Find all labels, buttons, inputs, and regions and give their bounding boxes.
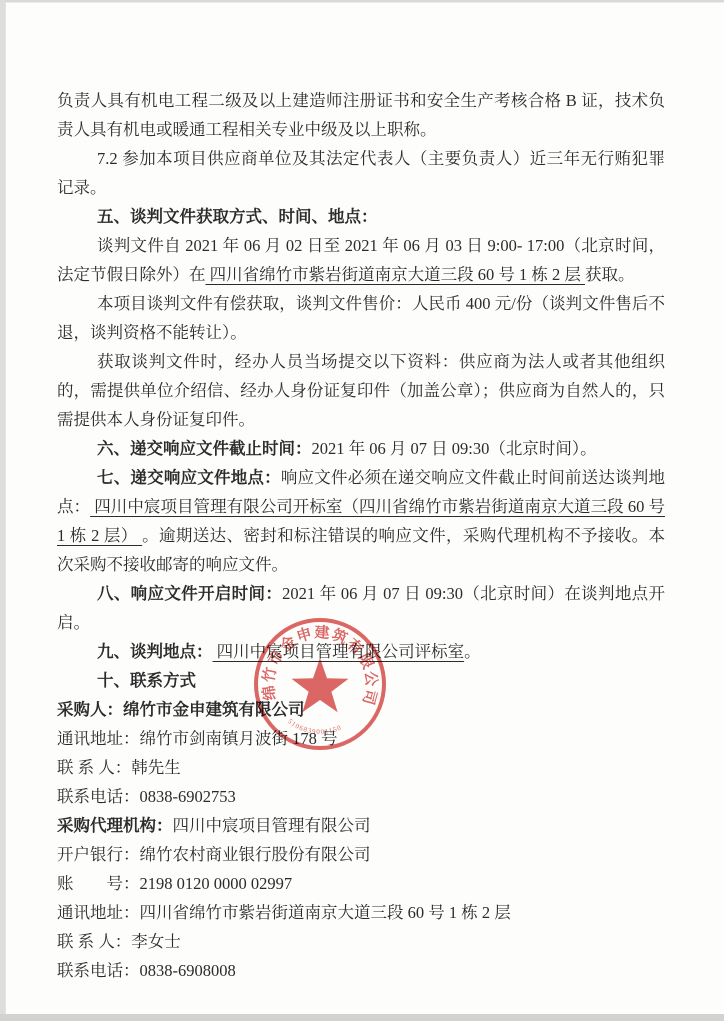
text-run: 联 系 人：李女士 xyxy=(57,932,181,951)
agency-name: 四川中宸项目管理有限公司 xyxy=(173,816,371,835)
para-submit-materials: 获取谈判文件时，经办人员当场提交以下资料：供应商为法人或者其他组织的，需提供单位… xyxy=(57,347,665,434)
heading-text: 十、联系方式 xyxy=(97,671,196,690)
text-run: 采购人：绵竹市金申建筑有限公司 xyxy=(57,700,305,719)
text-run: 7.2 参加本项目供应商单位及其法定代表人（主要负责人）近三年无行贿犯罪记录。 xyxy=(57,149,665,197)
purchaser-address-line: 通讯地址：绵竹市剑南镇月波街 178 号 xyxy=(57,724,665,753)
agency-account-line: 账 号：2198 0120 0000 02997 xyxy=(57,869,665,898)
heading-section-7: 七、递交响应文件地点： xyxy=(97,468,281,487)
text-run: 开户银行：绵竹农村商业银行股份有限公司 xyxy=(57,845,371,864)
para-qualification-continued: 负责人具有机电工程二级及以上建造师注册证书和安全生产考核合格 B 证，技术负责人… xyxy=(57,86,665,144)
heading-section-9: 九、谈判地点： xyxy=(97,642,213,661)
agency-phone-line: 联系电话：0838-6908008 xyxy=(57,956,665,985)
scan-edge-left xyxy=(0,0,5,1021)
heading-section-6: 六、递交响应文件截止时间： xyxy=(97,439,312,458)
agency-bank-line: 开户银行：绵竹农村商业银行股份有限公司 xyxy=(57,840,665,869)
underlined-negotiation-venue: 四川中宸项目管理有限公司评标室 xyxy=(213,642,465,661)
purchaser-name-line: 采购人：绵竹市金申建筑有限公司 xyxy=(57,695,665,724)
para-document-obtain: 谈判文件自 2021 年 06 月 02 日至 2021 年 06 月 03 日… xyxy=(57,231,665,289)
scanned-document-page: { "page": { "paper_color": "#fdfdfc", "i… xyxy=(0,0,724,1021)
document-paper: 负责人具有机电工程二级及以上建造师注册证书和安全生产考核合格 B 证，技术负责人… xyxy=(5,2,724,1014)
heading-section-8: 八、响应文件开启时间： xyxy=(97,584,282,603)
underlined-obtain-address: 四川省绵竹市紫岩街道南京大道三段 60 号 1 栋 2 层 xyxy=(206,265,586,284)
purchaser-contact-line: 联 系 人：韩先生 xyxy=(57,753,665,782)
text-run: 本项目谈判文件有偿获取，谈判文件售价：人民币 400 元/份（谈判文件售后不退，… xyxy=(57,294,665,342)
para-document-price: 本项目谈判文件有偿获取，谈判文件售价：人民币 400 元/份（谈判文件售后不退，… xyxy=(57,289,665,347)
text-run: 账 号：2198 0120 0000 02997 xyxy=(57,874,292,893)
agency-label: 采购代理机构： xyxy=(57,816,173,835)
text-run: 联系电话：0838-6902753 xyxy=(57,787,236,806)
text-run: 获取。 xyxy=(585,265,635,284)
text-run: 2021 年 06 月 07 日 09:30（北京时间）。 xyxy=(312,439,597,458)
purchaser-phone-line: 联系电话：0838-6902753 xyxy=(57,782,665,811)
heading-section-10: 十、联系方式 xyxy=(57,666,665,695)
text-run: 。 xyxy=(464,642,481,661)
heading-section-5: 五、谈判文件获取方式、时间、地点： xyxy=(57,202,665,231)
agency-contact-line: 联 系 人：李女士 xyxy=(57,927,665,956)
text-run: 通讯地址：四川省绵竹市紫岩街道南京大道三段 60 号 1 栋 2 层 xyxy=(57,903,511,922)
text-run: 联 系 人：韩先生 xyxy=(57,758,181,777)
text-run: 。逾期送达、密封和标注错误的响应文件，采购代理机构不予接收。本次采购不接收邮寄的… xyxy=(57,526,665,574)
text-run: 联系电话：0838-6908008 xyxy=(57,961,236,980)
document-body: 负责人具有机电工程二级及以上建造师注册证书和安全生产考核合格 B 证，技术负责人… xyxy=(57,86,665,985)
para-section-8: 八、响应文件开启时间：2021 年 06 月 07 日 09:30（北京时间）在… xyxy=(57,579,665,637)
text-run: 获取谈判文件时，经办人员当场提交以下资料：供应商为法人或者其他组织的，需提供单位… xyxy=(57,352,665,429)
para-section-6: 六、递交响应文件截止时间：2021 年 06 月 07 日 09:30（北京时间… xyxy=(57,434,665,463)
para-section-7: 七、递交响应文件地点：响应文件必须在递交响应文件截止时间前送达谈判地点： 四川中… xyxy=(57,463,665,579)
scan-edge-bottom xyxy=(0,1014,724,1021)
text-run: 负责人具有机电工程二级及以上建造师注册证书和安全生产考核合格 B 证，技术负责人… xyxy=(57,91,665,139)
heading-text: 五、谈判文件获取方式、时间、地点： xyxy=(97,207,378,226)
para-clause-7-2: 7.2 参加本项目供应商单位及其法定代表人（主要负责人）近三年无行贿犯罪记录。 xyxy=(57,144,665,202)
text-run: 通讯地址：绵竹市剑南镇月波街 178 号 xyxy=(57,729,338,748)
agency-address-line: 通讯地址：四川省绵竹市紫岩街道南京大道三段 60 号 1 栋 2 层 xyxy=(57,898,665,927)
agency-name-line: 采购代理机构：四川中宸项目管理有限公司 xyxy=(57,811,665,840)
para-section-9: 九、谈判地点： 四川中宸项目管理有限公司评标室。 xyxy=(57,637,665,666)
